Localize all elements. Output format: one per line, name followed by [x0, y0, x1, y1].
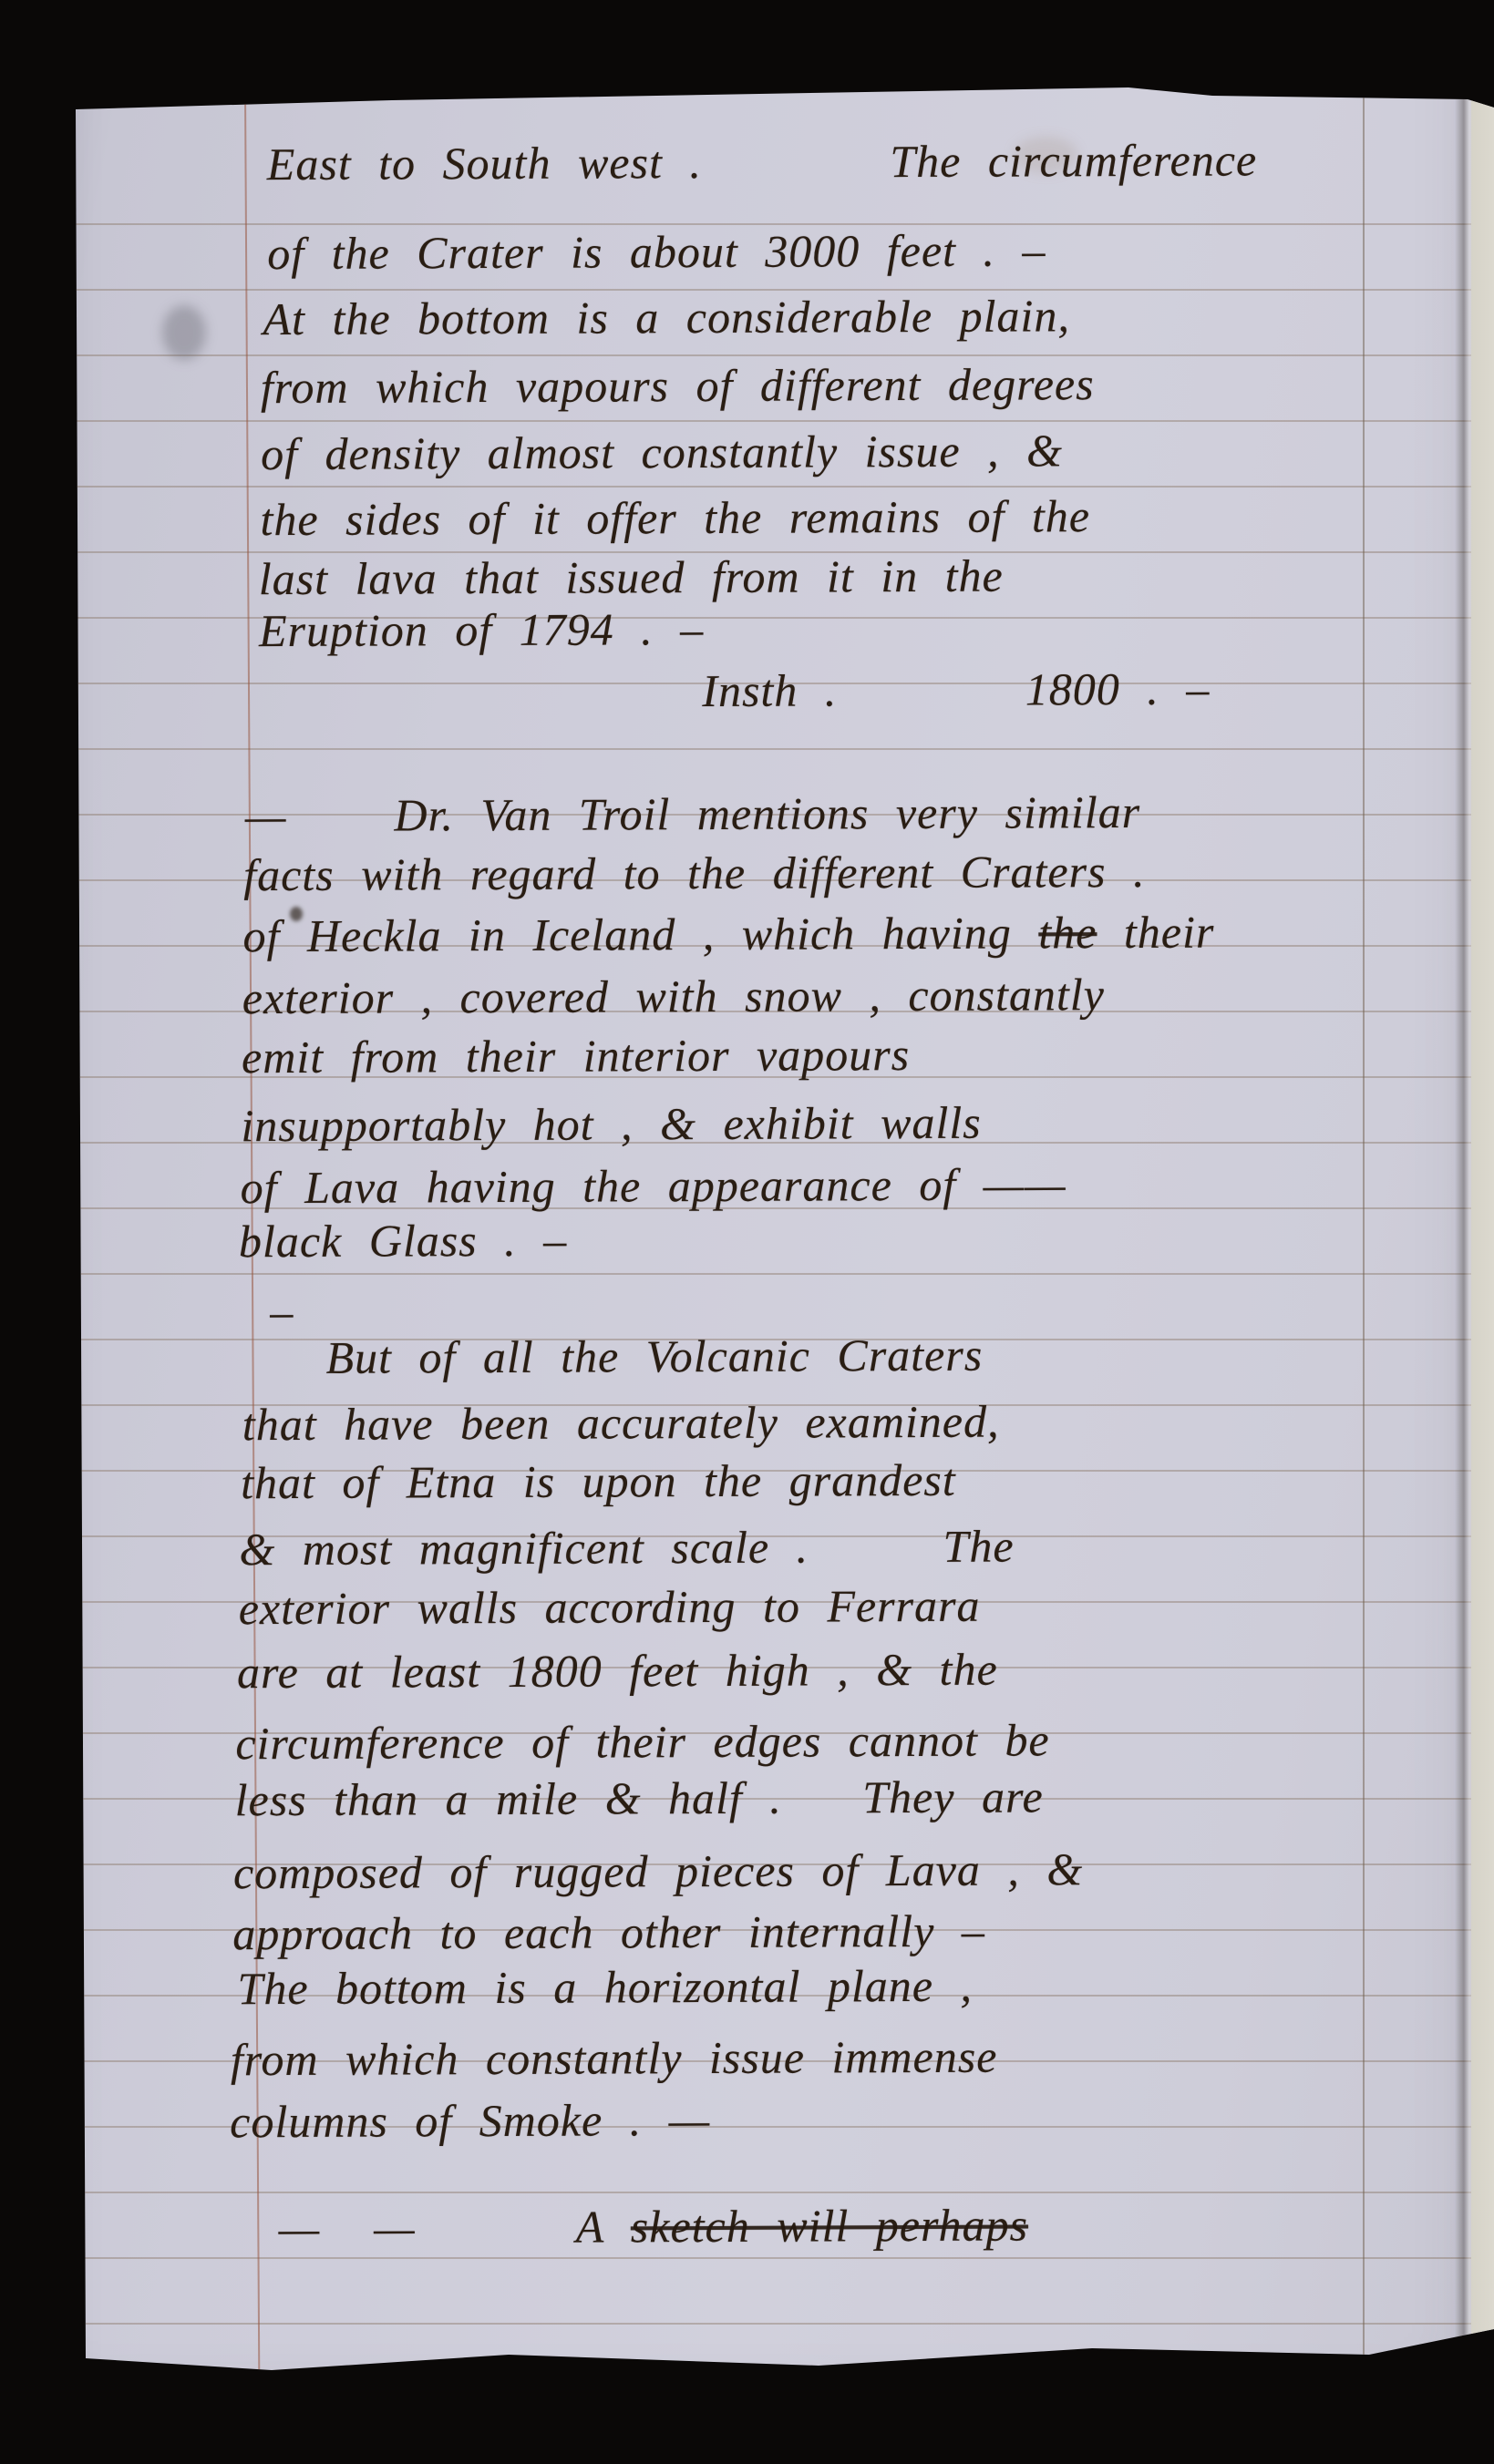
- handwritten-text: the sides of it offer the remains of the: [260, 490, 1090, 545]
- handwritten-text: East to South west . The circumference: [267, 134, 1258, 190]
- handwritten-text: black Glass . –: [239, 1215, 567, 1268]
- manuscript-line: less than a mile & half . They are: [235, 1770, 1044, 1826]
- manuscript-line: that of Etna is upon the grandest: [241, 1453, 956, 1509]
- handwritten-text: emit from their interior vapours: [242, 1029, 910, 1083]
- handwritten-text: are at least 1800 feet high , & the: [237, 1644, 998, 1699]
- handwritten-text: their: [1097, 907, 1214, 959]
- manuscript-line: the sides of it offer the remains of the: [260, 489, 1090, 546]
- handwritten-text: circumference of their edges cannot be: [235, 1714, 1049, 1769]
- handwritten-text: — — A: [279, 2201, 631, 2254]
- manuscript-line: facts with regard to the different Crate…: [243, 845, 1146, 901]
- manuscript-line: are at least 1800 feet high , & the: [237, 1643, 998, 1699]
- manuscript-line: The bottom is a horizontal plane ,: [237, 1959, 973, 2016]
- manuscript-line: approach to each other internally –: [232, 1904, 985, 1961]
- handwritten-text: that have been accurately examined,: [242, 1396, 1000, 1451]
- struck-text: the: [1038, 907, 1097, 958]
- manuscript-line: — — A sketch will perhaps: [279, 2198, 1029, 2254]
- handwritten-text: Insth . 1800 . –: [702, 663, 1210, 716]
- manuscript-line: from which constantly issue immense: [231, 2030, 998, 2087]
- manuscript-line: insupportably hot , & exhibit walls: [241, 1096, 981, 1153]
- manuscript-line: exterior , covered with snow , constantl…: [242, 968, 1105, 1024]
- handwritten-text: approach to each other internally –: [232, 1905, 985, 1960]
- manuscript-line: of Lava having the appearance of ——: [241, 1157, 1066, 1214]
- handwritten-text: facts with regard to the different Crate…: [243, 846, 1146, 900]
- manuscript-line: black Glass . –: [239, 1214, 567, 1268]
- manuscript-line: emit from their interior vapours: [242, 1028, 910, 1083]
- handwritten-text: of the Crater is about 3000 feet . –: [267, 224, 1046, 279]
- handwritten-text: Eruption of 1794 . –: [259, 603, 704, 656]
- manuscript-line: composed of rugged pieces of Lava , &: [233, 1843, 1083, 1899]
- manuscript-line: from which vapours of different degrees: [261, 357, 1095, 414]
- handwritten-text: & most magnificent scale . The: [239, 1521, 1014, 1576]
- manuscript-line: Insth . 1800 . –: [702, 662, 1210, 717]
- handwritten-text: exterior , covered with snow , constantl…: [242, 969, 1105, 1023]
- handwritten-text: that of Etna is upon the grandest: [241, 1454, 956, 1508]
- handwritten-text: of density almost constantly issue , &: [261, 425, 1063, 479]
- handwritten-text: The bottom is a horizontal plane ,: [237, 1960, 973, 2015]
- handwritten-text: less than a mile & half . They are: [235, 1771, 1044, 1825]
- manuscript-line: that have been accurately examined,: [242, 1395, 1000, 1452]
- manuscript-line: But of all the Volcanic Craters: [325, 1329, 983, 1384]
- handwritten-text: from which constantly issue immense: [231, 2031, 998, 2086]
- text-layer: East to South west . The circumferenceof…: [0, 0, 1494, 2464]
- handwritten-text: composed of rugged pieces of Lava , &: [233, 1843, 1083, 1898]
- manuscript-line: — Dr. Van Troil mentions very similar: [245, 785, 1140, 842]
- manuscript-line: At the bottom is a considerable plain,: [263, 289, 1070, 345]
- manuscript-page: East to South west . The circumferenceof…: [0, 0, 1494, 2464]
- handwritten-text: –: [270, 1286, 294, 1337]
- manuscript-line: of Heckla in Iceland , which having the …: [242, 906, 1214, 963]
- manuscript-line: East to South west . The circumference: [267, 133, 1258, 190]
- manuscript-line: of density almost constantly issue , &: [261, 424, 1063, 480]
- manuscript-line: Eruption of 1794 . –: [259, 602, 704, 657]
- handwritten-text: — Dr. Van Troil mentions very similar: [245, 786, 1140, 841]
- manuscript-line: of the Crater is about 3000 feet . –: [267, 223, 1046, 280]
- handwritten-text: At the bottom is a considerable plain,: [263, 290, 1070, 344]
- handwritten-text: columns of Smoke . —: [230, 2094, 710, 2147]
- manuscript-line: columns of Smoke . —: [230, 2093, 710, 2148]
- manuscript-line: circumference of their edges cannot be: [235, 1713, 1049, 1770]
- manuscript-line: & most magnificent scale . The: [239, 1520, 1014, 1576]
- handwritten-text: But of all the Volcanic Craters: [325, 1330, 983, 1383]
- handwritten-text: exterior walls according to Ferrara: [239, 1580, 981, 1635]
- manuscript-line: exterior walls according to Ferrara: [239, 1579, 981, 1636]
- handwritten-text: last lava that issued from it in the: [259, 550, 1004, 605]
- manuscript-line: –: [270, 1285, 294, 1338]
- handwritten-text: of Lava having the appearance of ——: [241, 1158, 1066, 1213]
- handwritten-text: from which vapours of different degrees: [261, 358, 1095, 413]
- manuscript-line: last lava that issued from it in the: [259, 549, 1004, 606]
- handwritten-text: of Heckla in Iceland , which having: [242, 907, 1038, 961]
- handwritten-text: insupportably hot , & exhibit walls: [241, 1097, 981, 1152]
- struck-text: sketch will perhaps: [631, 2199, 1028, 2252]
